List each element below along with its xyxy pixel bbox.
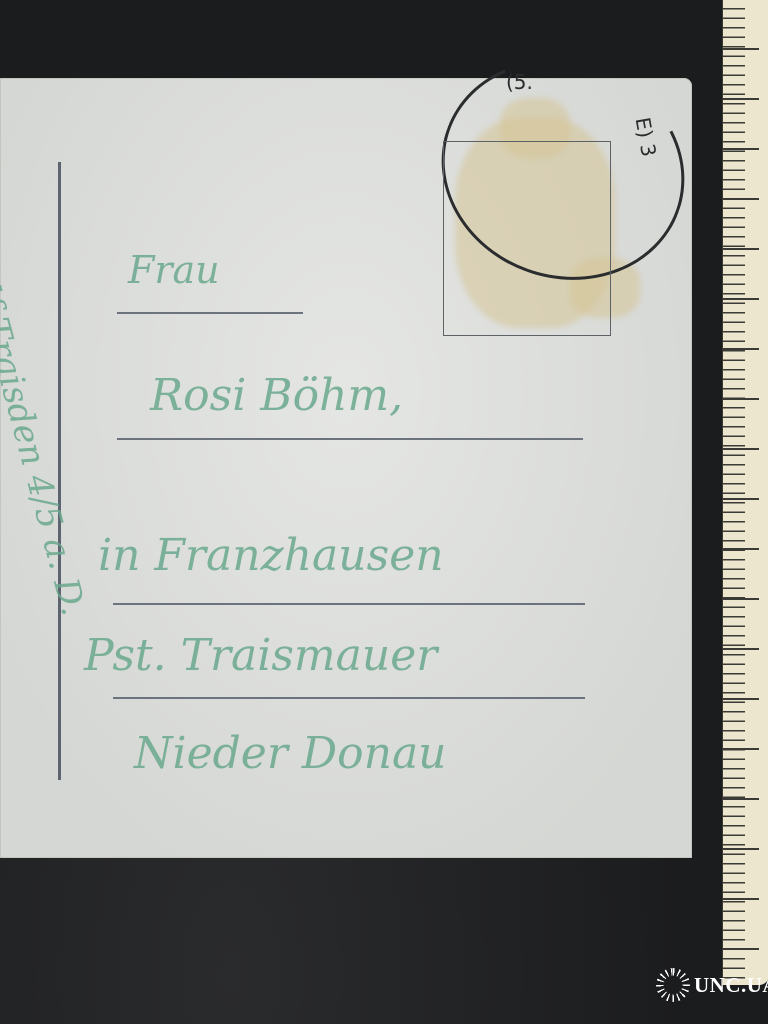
watermark-logo: UNC.UA	[656, 968, 768, 1002]
address-line-1	[117, 312, 303, 314]
handwriting-line-3: in Franzhausen	[98, 530, 444, 581]
sunburst-icon	[656, 968, 690, 1002]
address-line-3	[113, 603, 585, 605]
handwriting-line-2: Rosi Böhm,	[150, 370, 403, 421]
address-line-2	[117, 438, 583, 440]
handwriting-line-4: Pst. Traismauer	[84, 630, 437, 681]
address-line-4	[113, 697, 585, 699]
stamp-placeholder-box	[443, 141, 611, 336]
divider-line	[58, 162, 61, 780]
watermark-text: UNC.UA	[694, 973, 768, 998]
measuring-ruler	[722, 0, 768, 985]
postmark-top-text: (5.	[506, 70, 533, 94]
handwriting-line-1: Frau	[128, 248, 220, 292]
handwriting-line-5: Nieder Donau	[134, 728, 447, 779]
